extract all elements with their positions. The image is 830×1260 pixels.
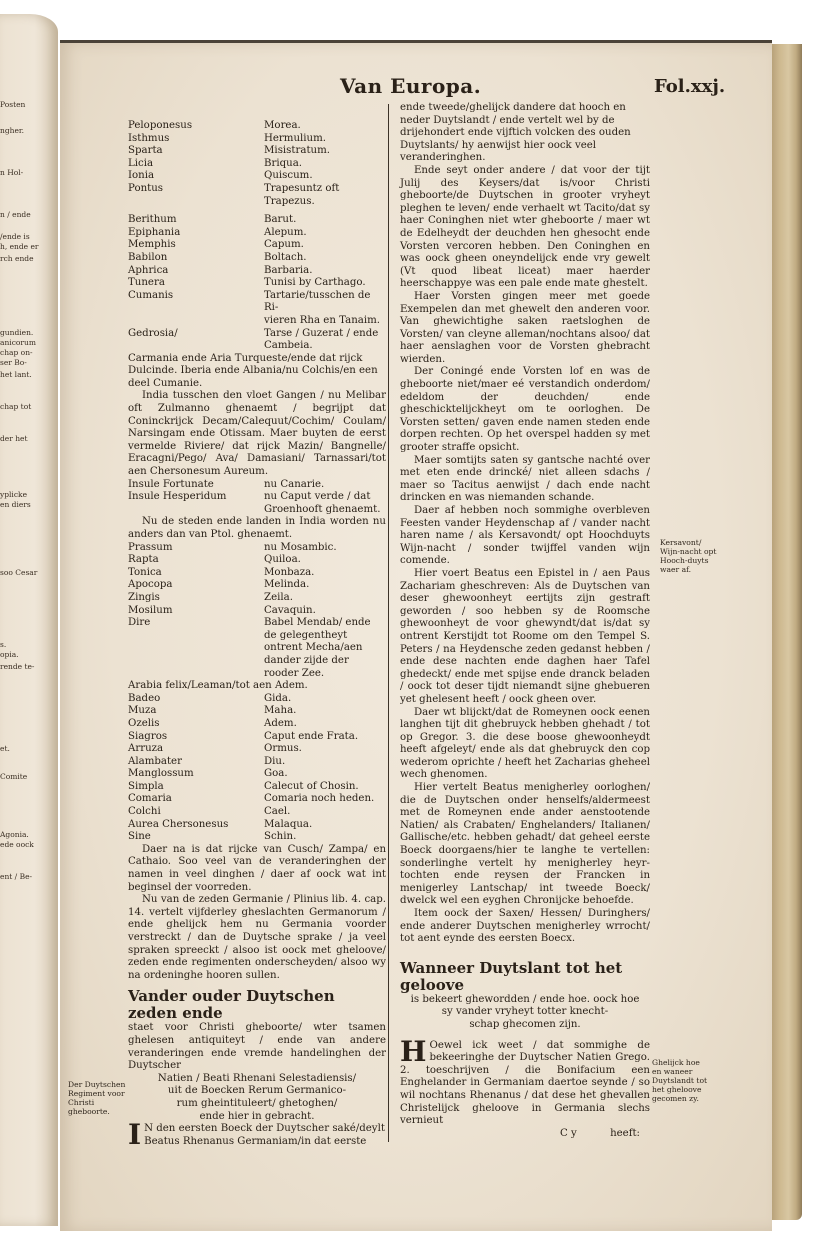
- ancient-name: [128, 340, 264, 353]
- previous-page-text-fragment: soo Cesar: [0, 568, 37, 577]
- modern-name: Zeila.: [264, 592, 386, 605]
- place-row: SimplaCalecut of Chosin.: [128, 781, 386, 794]
- previous-page-text-fragment: ede oock: [0, 840, 34, 849]
- left-column: PeloponesusMorea.IsthmusHermulium.Sparta…: [128, 120, 386, 1148]
- ancient-name: Tonica: [128, 567, 264, 580]
- place-row: MuzaMaha.: [128, 705, 386, 718]
- ancient-name: Licia: [128, 158, 264, 171]
- para-india: India tusschen den vloet Gangen / nu Mel…: [128, 390, 386, 478]
- page-footer: C y heeft:: [400, 1128, 650, 1141]
- ancient-name: Aurea Chersonesus: [128, 819, 264, 832]
- place-row: vieren Rha en Tanaim.: [128, 315, 386, 328]
- modern-name: Diu.: [264, 756, 386, 769]
- place-row: TonicaMonbaza.: [128, 567, 386, 580]
- place-row: Gedrosia/Tarse / Guzerat / ende: [128, 328, 386, 341]
- ancient-name: Manglossum: [128, 768, 264, 781]
- ancient-name: Babilon: [128, 252, 264, 265]
- modern-name: Calecut of Chosin.: [264, 781, 386, 794]
- place-row: SineSchin.: [128, 831, 386, 844]
- folio-number: Fol.xxj.: [654, 76, 725, 97]
- ancient-name: Badeo: [128, 693, 264, 706]
- modern-name: Cavaquin.: [264, 605, 386, 618]
- para-11: H Oewel ick weet / dat sommighe de bekee…: [400, 1040, 650, 1128]
- modern-name: Trapezus.: [264, 196, 386, 209]
- modern-name: Babel Mendab/ ende de gelegentheyt ontre…: [264, 617, 386, 680]
- ancient-name: Mosilum: [128, 605, 264, 618]
- place-row: Cambeia.: [128, 340, 386, 353]
- modern-name: Tarse / Guzerat / ende: [264, 328, 386, 341]
- ancient-name: Insule Fortunate: [128, 479, 264, 492]
- modern-name: Adem.: [264, 718, 386, 731]
- ancient-name: Dire: [128, 617, 264, 680]
- modern-name: Monbaza.: [264, 567, 386, 580]
- place-row: CumanisTartarie/tusschen de Ri-: [128, 290, 386, 315]
- place-row: SiagrosCaput ende Frata.: [128, 731, 386, 744]
- previous-page-text-fragment: yplicke: [0, 490, 27, 499]
- column-rule: [388, 104, 389, 1142]
- ancient-name: Colchi: [128, 806, 264, 819]
- modern-name: Misistratum.: [264, 145, 386, 158]
- para-5: Maer somtijts saten sy gantsche nachté o…: [400, 455, 650, 505]
- place-table-3: Insule Fortunatenu Canarie.Insule Hesper…: [128, 479, 386, 517]
- para-6: Daer af hebben noch sommighe overbleven …: [400, 505, 650, 568]
- para-9: Hier vertelt Beatus menigherley oorloghe…: [400, 782, 650, 908]
- para-3: Haer Vorsten gingen meer met goede Exemp…: [400, 291, 650, 367]
- drop-cap-h: H: [400, 1040, 426, 1064]
- place-row: EpiphaniaAlepum.: [128, 227, 386, 240]
- ancient-name: Aphrica: [128, 265, 264, 278]
- page-fore-edge: [772, 44, 802, 1220]
- ancient-name: Peloponesus: [128, 120, 264, 133]
- modern-name: Melinda.: [264, 579, 386, 592]
- place-row: PeloponesusMorea.: [128, 120, 386, 133]
- previous-page-text-fragment: Agonia.: [0, 830, 29, 839]
- modern-name: Comaria noch heden.: [264, 793, 386, 806]
- modern-name: nu Canarie.: [264, 479, 386, 492]
- ancient-name: Pontus: [128, 183, 264, 196]
- previous-page-text-fragment: n Hol-: [0, 168, 23, 177]
- ancient-name: [128, 196, 264, 209]
- modern-name: Goa.: [264, 768, 386, 781]
- place-row: Insule Hesperidumnu Caput verde / dat Gr…: [128, 491, 386, 516]
- place-row: IoniaQuiscum.: [128, 170, 386, 183]
- catchword: heeft:: [610, 1128, 640, 1141]
- modern-name: nu Caput verde / dat Groenhooft ghenaemt…: [264, 491, 386, 516]
- place-table-1: PeloponesusMorea.IsthmusHermulium.Sparta…: [128, 120, 386, 208]
- drop-cap-i: I: [128, 1123, 141, 1147]
- place-table-4: Prassumnu Mosambic.RaptaQuiloa.TonicaMon…: [128, 542, 386, 681]
- para-first-book: I N den eersten Boeck der Duytscher saké…: [128, 1123, 386, 1148]
- previous-page-text-fragment: rende te-: [0, 662, 34, 671]
- ancient-name: Rapta: [128, 554, 264, 567]
- ancient-name: Siagros: [128, 731, 264, 744]
- margin-note-regiment: Der Duytschen Regiment voor Christi gheb…: [68, 1080, 128, 1116]
- place-row: ManglossumGoa.: [128, 768, 386, 781]
- modern-name: Tunisi by Carthago.: [264, 277, 386, 290]
- place-row: Prassumnu Mosambic.: [128, 542, 386, 555]
- modern-name: Gida.: [264, 693, 386, 706]
- place-row: RaptaQuiloa.: [128, 554, 386, 567]
- previous-page-text-fragment: n / ende: [0, 210, 31, 219]
- modern-name: Malaqua.: [264, 819, 386, 832]
- place-row: MemphisCapum.: [128, 239, 386, 252]
- place-table-2: BerithumBarut.EpiphaniaAlepum.MemphisCap…: [128, 214, 386, 353]
- section-subheading-right: is bekeert ghewordden / ende hoe. oock h…: [400, 994, 650, 1032]
- ancient-name: [128, 315, 264, 328]
- place-row: OzelisAdem.: [128, 718, 386, 731]
- previous-page-text-fragment: gundien.: [0, 328, 33, 337]
- modern-name: Cael.: [264, 806, 386, 819]
- modern-name: Barut.: [264, 214, 386, 227]
- para-2: Ende seyt onder andere / dat voor der ti…: [400, 165, 650, 291]
- place-row: Trapezus.: [128, 196, 386, 209]
- modern-name: Boltach.: [264, 252, 386, 265]
- modern-name: Alepum.: [264, 227, 386, 240]
- ancient-name: Tunera: [128, 277, 264, 290]
- para-8: Daer wt blijckt/dat de Romeynen oock een…: [400, 707, 650, 783]
- place-row: BerithumBarut.: [128, 214, 386, 227]
- place-row: ApocopaMelinda.: [128, 579, 386, 592]
- place-row: ZingisZeila.: [128, 592, 386, 605]
- previous-page-text-fragment: ent / Be-: [0, 872, 32, 881]
- ancient-name: Apocopa: [128, 579, 264, 592]
- place-row: MosilumCavaquin.: [128, 605, 386, 618]
- modern-name: Morea.: [264, 120, 386, 133]
- margin-note-kersavont: Kersavont/ Wijn-nacht opt Hooch-duyts wa…: [660, 538, 722, 574]
- modern-name: Hermulium.: [264, 133, 386, 146]
- previous-page-text-fragment: et.: [0, 744, 10, 753]
- place-row: Aurea ChersonesusMalaqua.: [128, 819, 386, 832]
- section-subheading-left: staet voor Christi gheboorte/ wter tsame…: [128, 1022, 386, 1123]
- para-india-names: Nu de steden ende landen in India worden…: [128, 516, 386, 541]
- modern-name: Maha.: [264, 705, 386, 718]
- ancient-name: Gedrosia/: [128, 328, 264, 341]
- para-7: Hier voert Beatus een Epistel in / aen P…: [400, 568, 650, 707]
- para-1: ende tweede/ghelijck dandere dat hooch e…: [400, 102, 650, 165]
- previous-page-text-fragment: rch ende: [0, 254, 34, 263]
- previous-page-text-fragment: /ende is: [0, 232, 30, 241]
- previous-page-text-fragment: Comite: [0, 772, 27, 781]
- place-row: BabilonBoltach.: [128, 252, 386, 265]
- place-row: ColchiCael.: [128, 806, 386, 819]
- place-row: BadeoGida.: [128, 693, 386, 706]
- modern-name: Tartarie/tusschen de Ri-: [264, 290, 386, 315]
- ancient-name: Muza: [128, 705, 264, 718]
- ancient-name: Cumanis: [128, 290, 264, 315]
- place-table-5: BadeoGida.MuzaMaha.OzelisAdem.SiagrosCap…: [128, 693, 386, 844]
- previous-page-text-fragment: h, ende er: [0, 242, 39, 251]
- para-germania: Nu van de zeden Germanie / Plinius lib. …: [128, 894, 386, 982]
- modern-name: Cambeia.: [264, 340, 386, 353]
- modern-name: Barbaria.: [264, 265, 386, 278]
- place-row: IsthmusHermulium.: [128, 133, 386, 146]
- modern-name: Ormus.: [264, 743, 386, 756]
- place-row: AlambaterDiu.: [128, 756, 386, 769]
- para-10: Item oock der Saxen/ Hessen/ Duringhers/…: [400, 908, 650, 946]
- previous-page-text-fragment: der het: [0, 434, 28, 443]
- ancient-name: Comaria: [128, 793, 264, 806]
- previous-page-text-fragment: chap tot: [0, 402, 31, 411]
- section-heading-left: Vander ouder Duytschen zeden ende: [128, 988, 386, 1022]
- previous-page-text-fragment: het lant.: [0, 370, 32, 379]
- place-row: PontusTrapesuntz oft: [128, 183, 386, 196]
- running-head: Van Europa.: [340, 74, 481, 98]
- para-4: Der Coningé ende Vorsten lof en was de g…: [400, 366, 650, 454]
- previous-page-text-fragment: s.: [0, 640, 6, 649]
- place-row: Insule Fortunatenu Canarie.: [128, 479, 386, 492]
- ancient-name: Ionia: [128, 170, 264, 183]
- ancient-name: Epiphania: [128, 227, 264, 240]
- ancient-name: Sparta: [128, 145, 264, 158]
- ancient-name: Insule Hesperidum: [128, 491, 264, 516]
- para-carmania: Carmania ende Aria Turqueste/ende dat ri…: [128, 353, 386, 391]
- modern-name: Schin.: [264, 831, 386, 844]
- place-row: SpartaMisistratum.: [128, 145, 386, 158]
- section-heading-right: Wanneer Duytslant tot het geloove: [400, 960, 650, 994]
- modern-name: Capum.: [264, 239, 386, 252]
- previous-page-text-fragment: anicorum: [0, 338, 36, 347]
- previous-page-text-fragment: opia.: [0, 650, 19, 659]
- ancient-name: Arruza: [128, 743, 264, 756]
- place-row: LiciaBriqua.: [128, 158, 386, 171]
- ancient-name: Sine: [128, 831, 264, 844]
- right-column: ende tweede/ghelijck dandere dat hooch e…: [400, 102, 650, 1140]
- previous-page-text-fragment: Posten: [0, 100, 25, 109]
- previous-page-edge: Postenngher.n Hol-n / ende/ende ish, end…: [0, 14, 58, 1226]
- ancient-name: Ozelis: [128, 718, 264, 731]
- place-row: ArruzaOrmus.: [128, 743, 386, 756]
- modern-name: Quiloa.: [264, 554, 386, 567]
- ancient-name: Simpla: [128, 781, 264, 794]
- ancient-name: Isthmus: [128, 133, 264, 146]
- modern-name: Trapesuntz oft: [264, 183, 386, 196]
- ancient-name: Prassum: [128, 542, 264, 555]
- modern-name: Briqua.: [264, 158, 386, 171]
- modern-name: nu Mosambic.: [264, 542, 386, 555]
- para-arabia: Arabia felix/Leaman/tot aen Adem.: [128, 680, 386, 693]
- place-row: ComariaComaria noch heden.: [128, 793, 386, 806]
- ancient-name: Memphis: [128, 239, 264, 252]
- margin-note-geloove: Ghelijck hoe en waneer Duytslandt tot he…: [652, 1058, 710, 1103]
- previous-page-text-fragment: en diers: [0, 500, 31, 509]
- modern-name: Caput ende Frata.: [264, 731, 386, 744]
- previous-page-text-fragment: ser Bo-: [0, 358, 27, 367]
- modern-name: Quiscum.: [264, 170, 386, 183]
- previous-page-text-fragment: chap on-: [0, 348, 33, 357]
- place-row: TuneraTunisi by Carthago.: [128, 277, 386, 290]
- place-row: DireBabel Mendab/ ende de gelegentheyt o…: [128, 617, 386, 680]
- modern-name: vieren Rha en Tanaim.: [264, 315, 386, 328]
- ancient-name: Zingis: [128, 592, 264, 605]
- place-row: AphricaBarbaria.: [128, 265, 386, 278]
- previous-page-text-fragment: ngher.: [0, 126, 24, 135]
- ancient-name: Alambater: [128, 756, 264, 769]
- signature-mark: C y: [560, 1128, 577, 1141]
- ancient-name: Berithum: [128, 214, 264, 227]
- para-cathaio: Daer na is dat rijcke van Cusch/ Zampa/ …: [128, 844, 386, 894]
